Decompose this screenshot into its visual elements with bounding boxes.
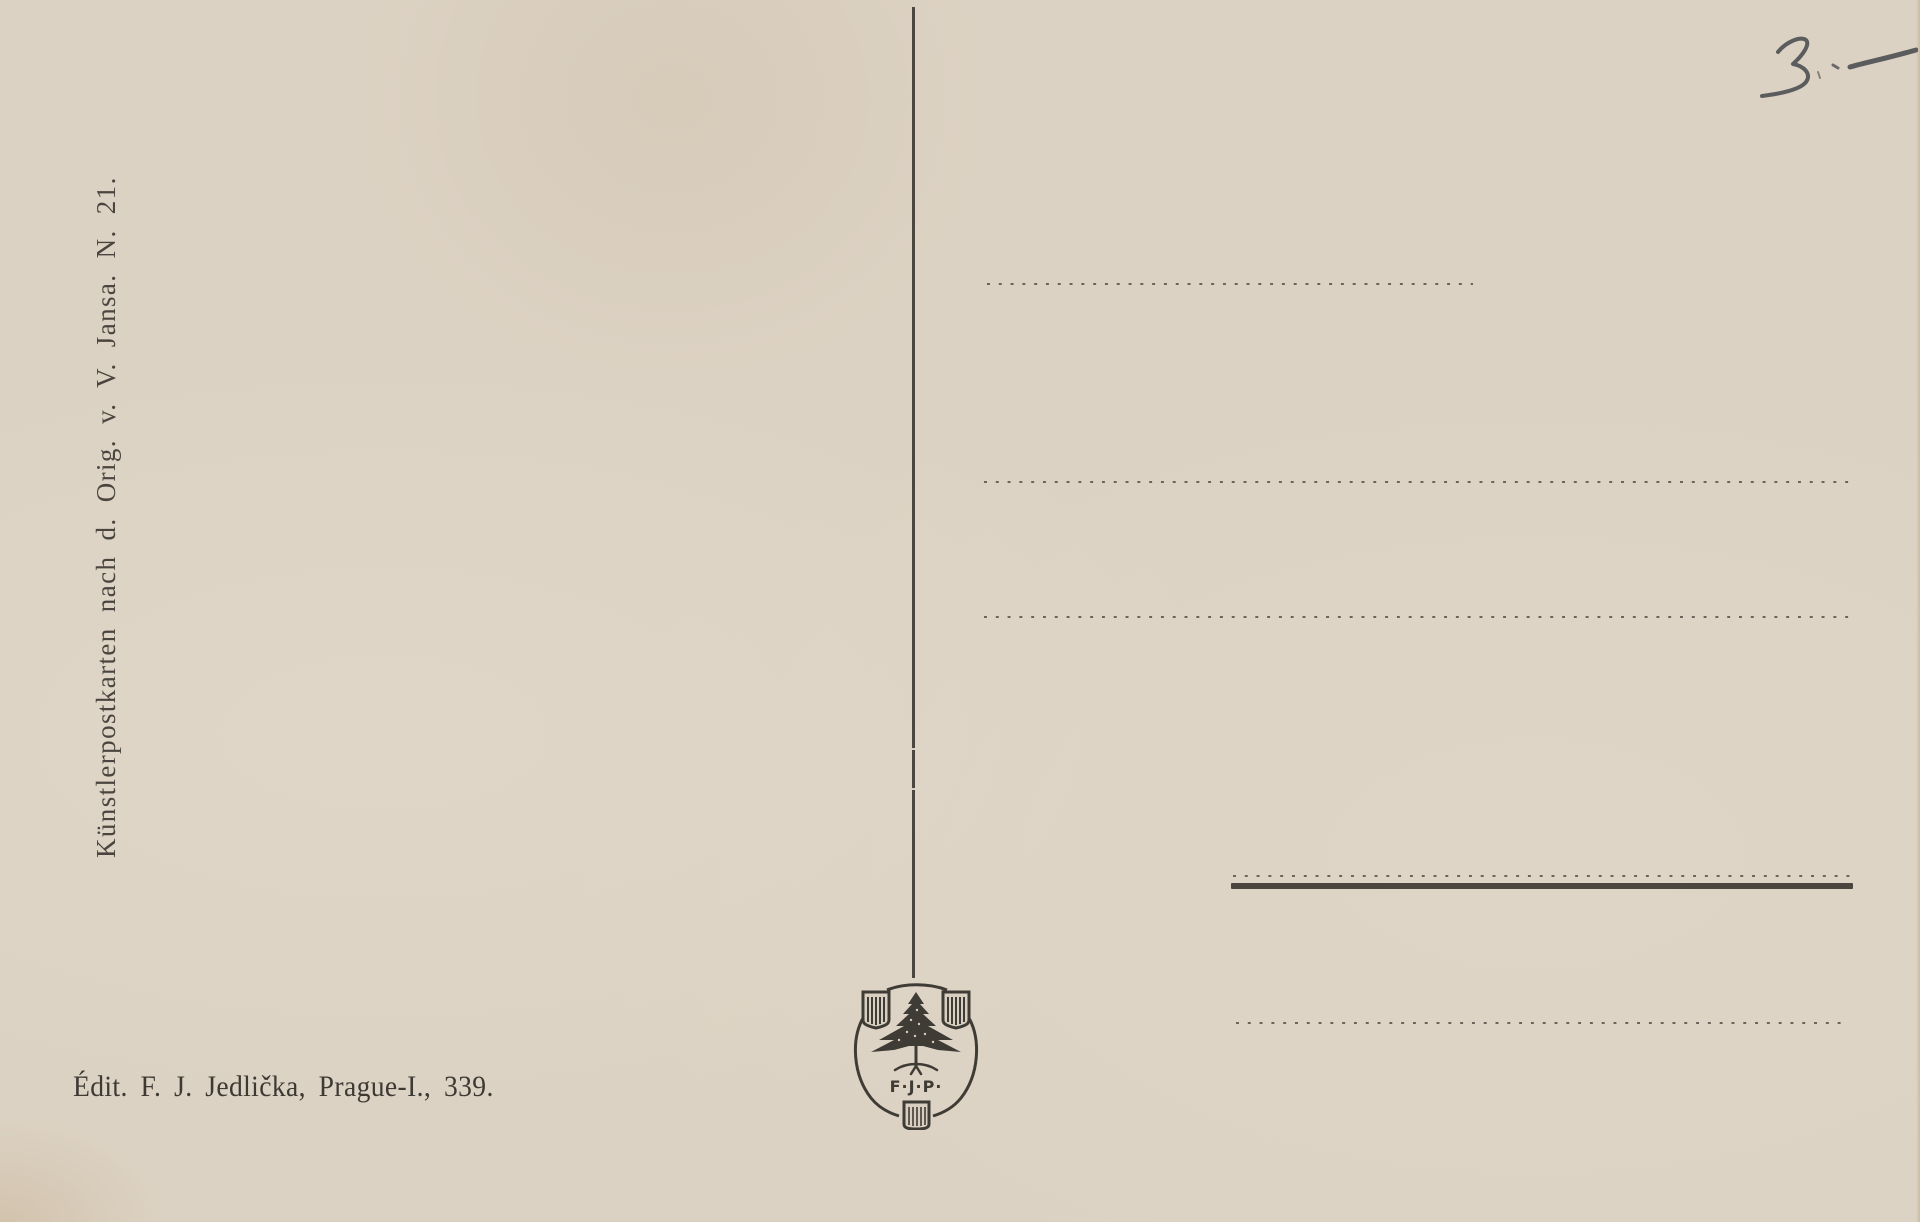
- pencil-price-icon: [1748, 22, 1918, 104]
- address-line-4: [1233, 875, 1853, 877]
- address-line-1: [987, 283, 1473, 285]
- artist-series-caption: Künstlerpostkarten nach d. Orig. v. V. J…: [93, 75, 120, 858]
- postcard-back: 3.– Künstlerpostkarten nach d. Orig. v. …: [0, 0, 1920, 1222]
- handwritten-price: 3.–: [1748, 22, 1918, 104]
- address-line-3: [984, 616, 1852, 618]
- divider-break: [912, 748, 915, 750]
- address-line-2: [984, 481, 1849, 483]
- fir-tree-emblem-icon: F·J·P·: [849, 980, 983, 1130]
- card-edge: [1916, 0, 1920, 1222]
- publisher-imprint: Édit. F. J. Jedlička, Prague-I., 339.: [73, 1072, 494, 1102]
- address-line-5: [1236, 1022, 1848, 1024]
- publisher-logo: F·J·P·: [849, 980, 983, 1130]
- center-divider-line: [912, 7, 915, 978]
- address-underline-solid: [1231, 883, 1853, 889]
- svg-text:F·J·P·: F·J·P·: [890, 1077, 943, 1096]
- divider-break: [912, 788, 915, 790]
